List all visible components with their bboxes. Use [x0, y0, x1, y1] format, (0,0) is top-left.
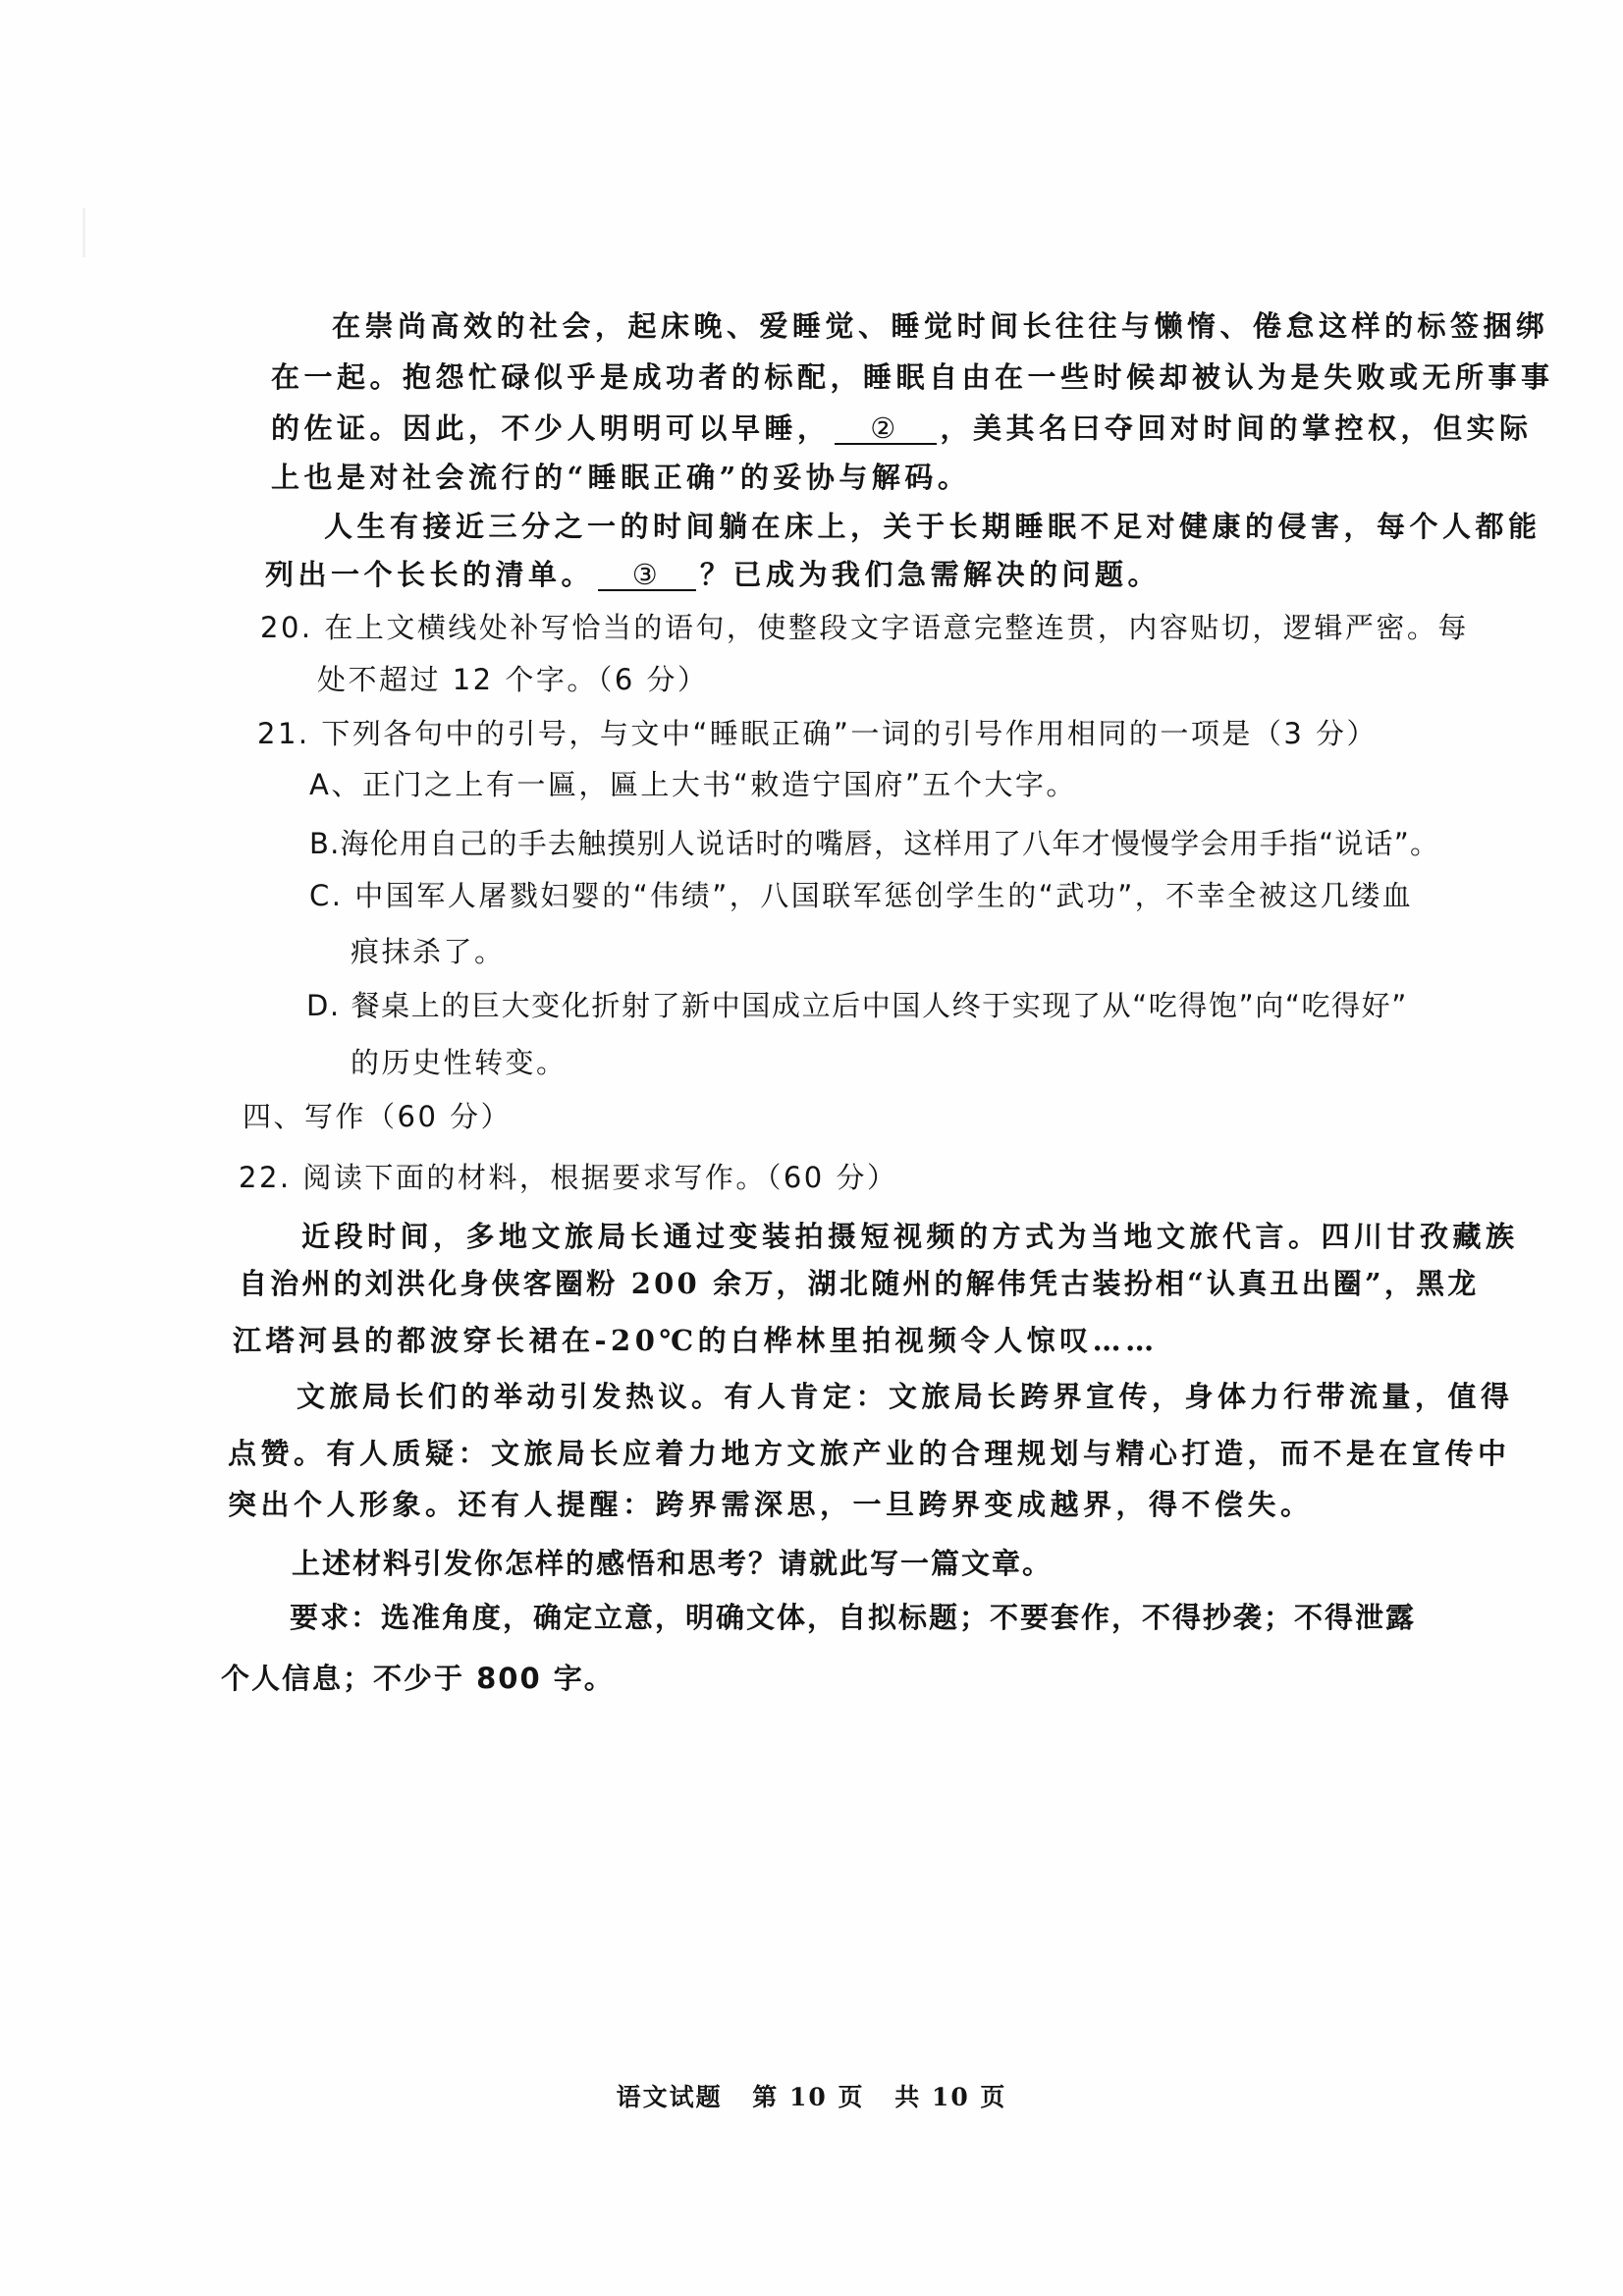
exam-page: 在崇尚高效的社会，起床晚、爱睡觉、睡觉时间长往往与懒惰、倦怠这样的标签捆绑 在一… [0, 0, 1623, 2296]
option-a[interactable]: A、正门之上有一匾，匾上大书“敕造宁国府”五个大字。 [309, 767, 1077, 802]
option-c-label: C. [309, 879, 343, 912]
option-d[interactable]: D. 餐桌上的巨大变化折射了新中国成立后中国人终于实现了从“吃得饱”向“吃得好” [306, 988, 1408, 1023]
material-p2-line2: 点赞。有人质疑：文旅局长应着力地方文旅产业的合理规划与精心打造，而不是在宣传中 [228, 1436, 1511, 1471]
question-21: 21. 下列各句中的引号，与文中“睡眠正确”一词的引号作用相同的一项是（3 分） [257, 716, 1378, 751]
fill-blank-3[interactable]: ③ [598, 560, 696, 591]
passage-p2-line2-after: ？已成为我们急需解决的问题。 [700, 558, 1161, 591]
option-b-label: B. [309, 827, 341, 860]
footer-total-pages: 共 10 页 [894, 2083, 1006, 2111]
option-d-label: D. [306, 989, 341, 1022]
writing-requirements-line1: 要求：选准角度，确定立意，明确文体，自拟标题；不要套作，不得抄袭；不得泄露 [290, 1600, 1416, 1635]
section-heading-writing: 四、写作（60 分） [243, 1099, 512, 1134]
passage-p1-line3-before: 的佐证。因此，不少人明明可以早睡， [271, 411, 831, 445]
option-b[interactable]: B.海伦用自己的手去触摸别人说话时的嘴唇，这样用了八年才慢慢学会用手指“说话”。 [309, 826, 1439, 861]
passage-p2-line1: 人生有接近三分之一的时间躺在床上，关于长期睡眠不足对健康的侵害，每个人都能 [324, 509, 1542, 544]
page-footer: 语文试题 第 10 页 共 10 页 [0, 2078, 1623, 2113]
question-22: 22. 阅读下面的材料，根据要求写作。（60 分） [239, 1160, 897, 1195]
question-22-number: 22. [239, 1161, 292, 1194]
question-21-stem: 下列各句中的引号，与文中“睡眠正确”一词的引号作用相同的一项是（3 分） [321, 717, 1378, 750]
question-20-line2: 处不超过 12 个字。（6 分） [317, 662, 709, 697]
writing-prompt: 上述材料引发你怎样的感悟和思考？请就此写一篇文章。 [292, 1546, 1053, 1581]
footer-page-number: 第 10 页 [752, 2083, 864, 2111]
option-c[interactable]: C. 中国军人屠戮妇婴的“伟绩”，八国联军惩创学生的“武功”，不幸全被这几缕血 [309, 878, 1413, 913]
question-21-number: 21. [257, 717, 310, 750]
option-d-text-line2: 的历史性转变。 [351, 1045, 568, 1080]
question-20: 20. 在上文横线处补写恰当的语句，使整段文字语意完整连贯，内容贴切，逻辑严密。… [260, 610, 1469, 645]
passage-p1-line1: 在崇尚高效的社会，起床晚、爱睡觉、睡觉时间长往往与懒惰、倦怠这样的标签捆绑 [332, 308, 1549, 344]
scan-artifact [82, 208, 85, 257]
option-a-text: 正门之上有一匾，匾上大书“敕造宁国府”五个大字。 [362, 768, 1077, 801]
option-a-label: A、 [309, 768, 362, 801]
material-p2-line1: 文旅局长们的举动引发热议。有人肯定：文旅局长跨界宣传，身体力行带流量，值得 [297, 1379, 1514, 1414]
passage-p2-line2: 列出一个长长的清单。③？已成为我们急需解决的问题。 [265, 557, 1161, 592]
passage-p1-line2: 在一起。抱怨忙碌似乎是成功者的标配，睡眠自由在一些时候却被认为是失败或无所事事 [271, 359, 1554, 395]
passage-p1-line4: 上也是对社会流行的“睡眠正确”的妥协与解码。 [271, 460, 970, 495]
material-p1-line3: 江塔河县的都波穿长裙在-20℃的白桦林里拍视频令人惊叹…… [233, 1323, 1159, 1358]
material-p1-line1: 近段时间，多地文旅局长通过变装拍摄短视频的方式为当地文旅代言。四川甘孜藏族 [301, 1219, 1519, 1254]
material-p1-line2: 自治州的刘洪化身侠客圈粉 200 余万，湖北随州的解伟凭古装扮相“认真丑出圈”，… [239, 1266, 1480, 1301]
material-p2-line3: 突出个人形象。还有人提醒：跨界需深思，一旦跨界变成越界，得不偿失。 [228, 1487, 1314, 1522]
writing-requirements-line2: 个人信息；不少于 800 字。 [221, 1661, 615, 1696]
fill-blank-2[interactable]: ② [835, 413, 937, 445]
question-20-line1: 在上文横线处补写恰当的语句，使整段文字语意完整连贯，内容贴切，逻辑严密。每 [324, 611, 1469, 644]
option-c-text-line1: 中国军人屠戮妇婴的“伟绩”，八国联军惩创学生的“武功”，不幸全被这几缕血 [354, 879, 1413, 912]
passage-p1-line3: 的佐证。因此，不少人明明可以早睡，②，美其名曰夺回对时间的掌控权，但实际 [271, 410, 1533, 446]
option-b-text: 海伦用自己的手去触摸别人说话时的嘴唇，这样用了八年才慢慢学会用手指“说话”。 [341, 827, 1440, 860]
question-22-stem: 阅读下面的材料，根据要求写作。（60 分） [302, 1161, 897, 1194]
option-d-text-line1: 餐桌上的巨大变化折射了新中国成立后中国人终于实现了从“吃得饱”向“吃得好” [352, 989, 1408, 1022]
question-20-number: 20. [260, 611, 313, 644]
footer-subject: 语文试题 [617, 2083, 723, 2111]
passage-p1-line3-after: ，美其名曰夺回对时间的掌控权，但实际 [941, 411, 1533, 445]
passage-p2-line2-before: 列出一个长长的清单。 [265, 558, 594, 591]
option-c-text-line2: 痕抹杀了。 [351, 934, 506, 969]
